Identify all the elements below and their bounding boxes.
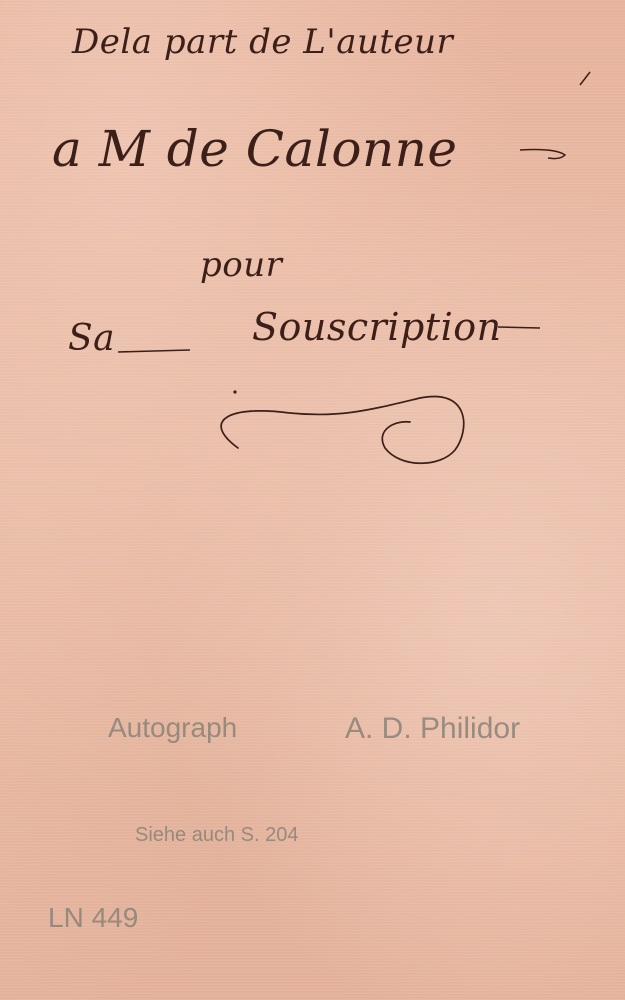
ink-flourish-icon [0,0,625,1000]
pencil-shelfmark: LN 449 [48,902,138,934]
document-page: Dela part de L'auteur a M de Calonne pou… [0,0,625,1000]
pencil-note-autograph: Autograph [108,712,237,744]
pencil-note-reference: Siehe auch S. 204 [135,824,298,847]
pencil-note-author: A. D. Philidor [345,712,520,746]
